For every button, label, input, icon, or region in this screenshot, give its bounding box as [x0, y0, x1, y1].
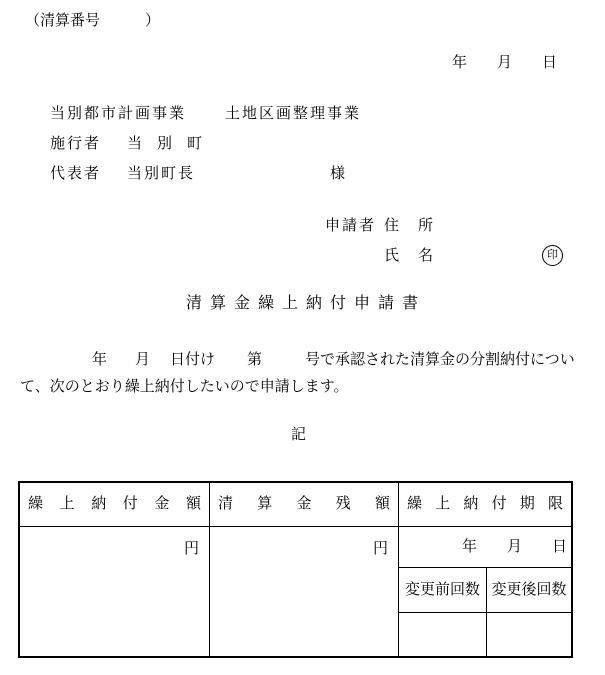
deadline-column: 年 月 日 変更前回数 変更後回数	[398, 527, 571, 656]
document-title: 清算金繰上納付申請書	[186, 295, 426, 312]
before-change-count-cell	[399, 613, 486, 656]
settlement-balance-yen-cell: 円	[209, 527, 398, 656]
record-marker: 記	[291, 427, 306, 444]
before-change-count-header: 変更前回数	[399, 568, 486, 612]
after-change-count-header: 変更後回数	[486, 568, 571, 612]
body-approval-text: 号で承認された清算金の分割納付につい	[305, 352, 575, 369]
body-year-label: 年	[92, 352, 107, 369]
payment-table-body-row: 円 円 年 月 日 変更前回数 変更後回数	[20, 527, 571, 656]
seal-mark: 印	[542, 245, 563, 266]
advance-amount-yen-cell: 円	[20, 527, 209, 656]
project-name-right: 土地区画整理事業	[225, 106, 361, 123]
after-change-count-cell	[486, 613, 571, 656]
header-advance-payment-deadline: 繰上納付期限	[398, 483, 571, 526]
body-month-label: 月	[135, 352, 150, 369]
header-advance-payment-amount: 繰上納付金額	[20, 483, 209, 526]
deadline-date-cell: 年 月 日	[399, 527, 571, 568]
executor-label: 施行者	[50, 136, 101, 153]
body-text-line2: て、次のとおり繰上納付したいので申請します。	[20, 379, 349, 396]
applicant-address-label: 住 所	[384, 218, 435, 235]
count-header-row: 変更前回数 変更後回数	[399, 568, 571, 613]
project-name-left: 当別都市計画事業	[50, 106, 186, 123]
application-form-page: （清算番号 ） 年 月 日 当別都市計画事業 土地区画整理事業 施行者 当 別 …	[0, 0, 605, 675]
honorific-label: 様	[330, 166, 345, 183]
payment-table-header-row: 繰上納付金額 清算金残額 繰上納付期限	[20, 483, 571, 527]
applicant-name-label: 氏 名	[384, 248, 435, 265]
body-number-prefix-label: 第	[247, 352, 262, 369]
issue-date-line: 年 月 日	[452, 55, 557, 72]
count-value-row	[399, 613, 571, 656]
payment-table: 繰上納付金額 清算金残額 繰上納付期限 円 円 年 月 日 変更前回数 変更後回…	[18, 481, 573, 658]
representative-value: 当別町長	[127, 166, 195, 183]
executor-value: 当 別 町	[127, 136, 202, 153]
applicant-label: 申請者	[325, 218, 376, 235]
body-day-suffix-label: 日付け	[170, 352, 215, 369]
representative-label: 代表者	[50, 166, 101, 183]
settlement-number-label: （清算番号 ）	[25, 13, 160, 30]
header-settlement-balance: 清算金残額	[209, 483, 398, 526]
